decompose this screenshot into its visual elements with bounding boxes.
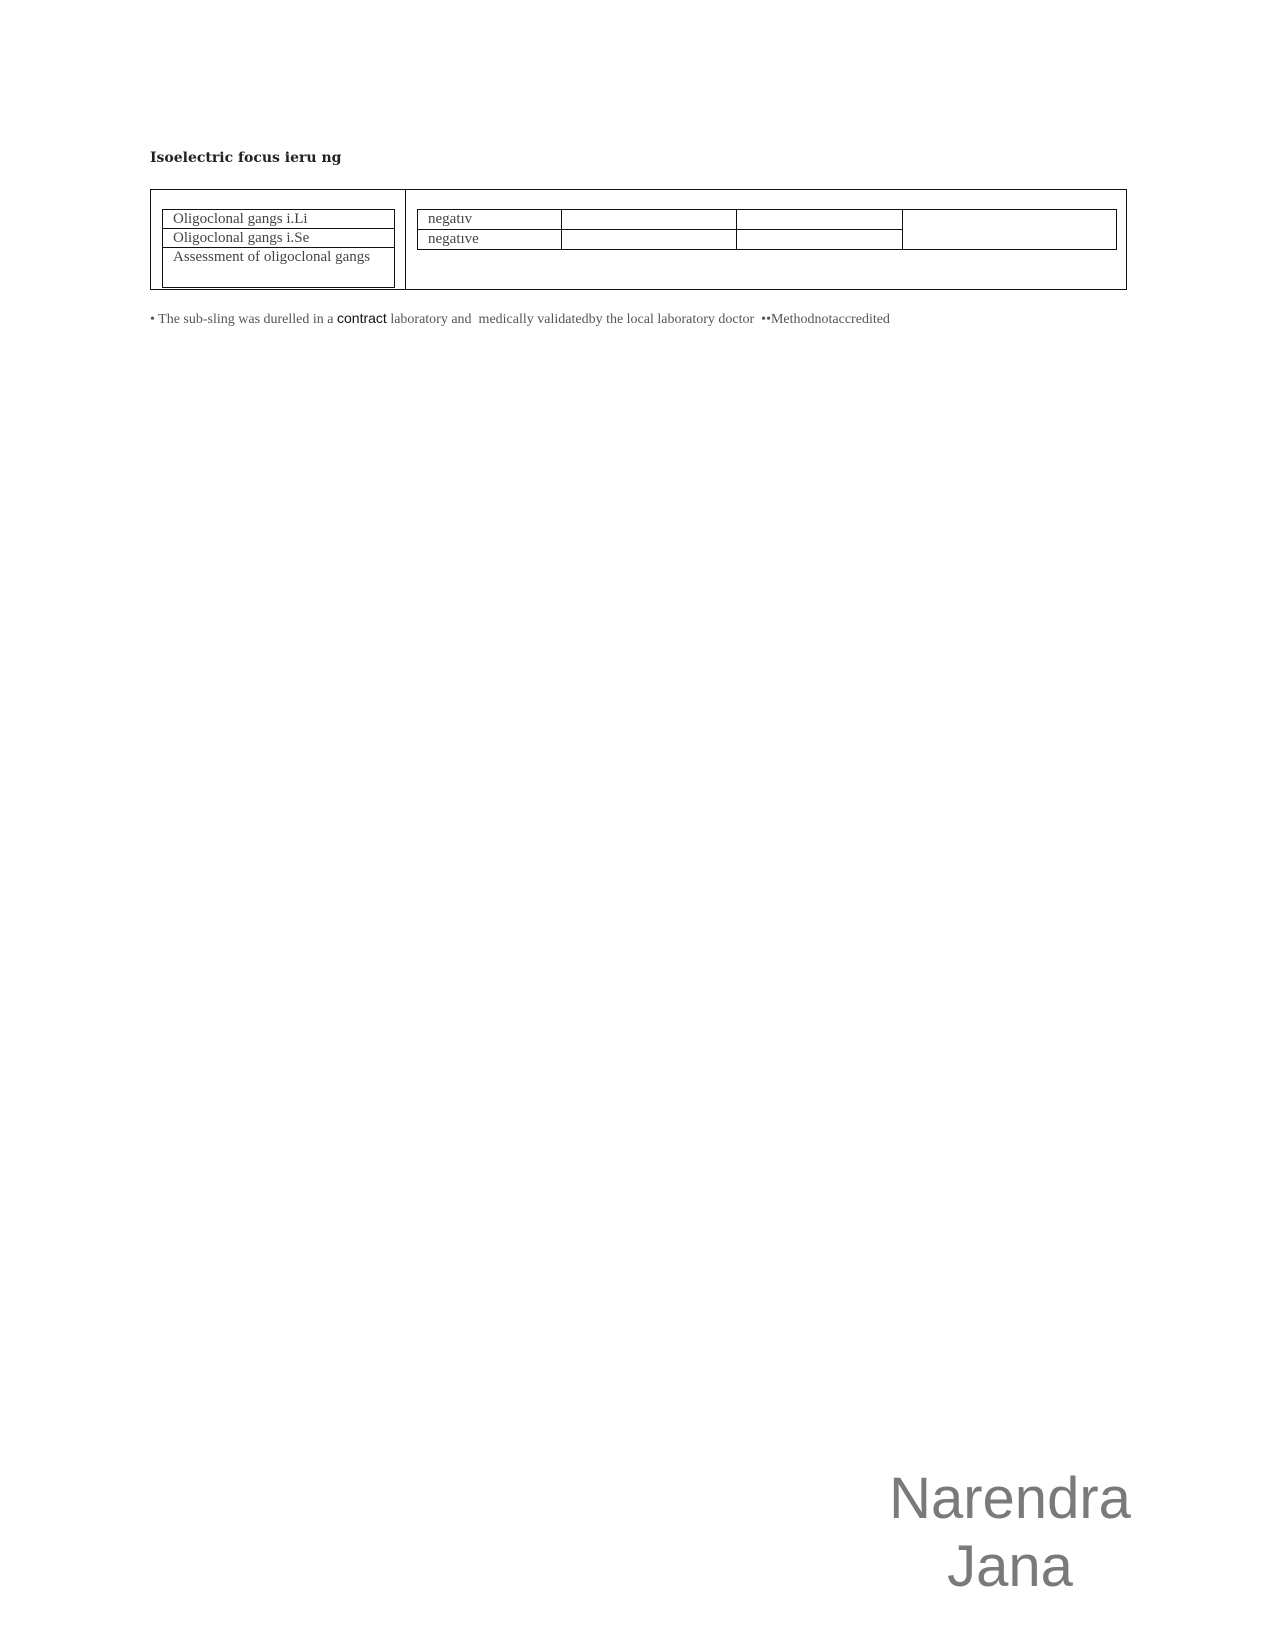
section-heading: Isoelectric focus ieru ng — [150, 150, 341, 166]
test-label: Assessment of oligoclonal gangs — [163, 248, 395, 288]
result-value: negatıve — [418, 230, 562, 250]
result-cell — [736, 210, 903, 230]
table-row: Oligoclonal gangs i.Li — [163, 210, 395, 229]
footnote-text: • The sub-sling was durelled in a — [150, 312, 337, 327]
table-row: Oligoclonal gangs i.Se — [163, 229, 395, 248]
test-labels-table: Oligoclonal gangs i.Li Oligoclonal gangs… — [162, 209, 395, 288]
table-row: negatıv — [418, 210, 1117, 230]
footnote-emphasis: contract — [337, 310, 387, 326]
result-cell — [736, 230, 903, 250]
watermark: Narendra Jana — [870, 1465, 1150, 1601]
result-cell — [561, 230, 736, 250]
watermark-line: Narendra — [870, 1465, 1150, 1533]
table-row: Assessment of oligoclonal gangs — [163, 248, 395, 288]
result-cell — [903, 210, 1117, 250]
test-label: Oligoclonal gangs i.Li — [163, 210, 395, 229]
test-label: Oligoclonal gangs i.Se — [163, 229, 395, 248]
footnote-text: laboratory and medically validatedby the… — [387, 312, 890, 327]
results-table: Oligoclonal gangs i.Li Oligoclonal gangs… — [150, 189, 1127, 290]
test-results-table: negatıv negatıve — [417, 209, 1117, 250]
result-value: negatıv — [418, 210, 562, 230]
result-cell — [561, 210, 736, 230]
footnote: • The sub-sling was durelled in a contra… — [150, 310, 890, 328]
watermark-line: Jana — [870, 1533, 1150, 1601]
column-divider — [405, 190, 406, 289]
